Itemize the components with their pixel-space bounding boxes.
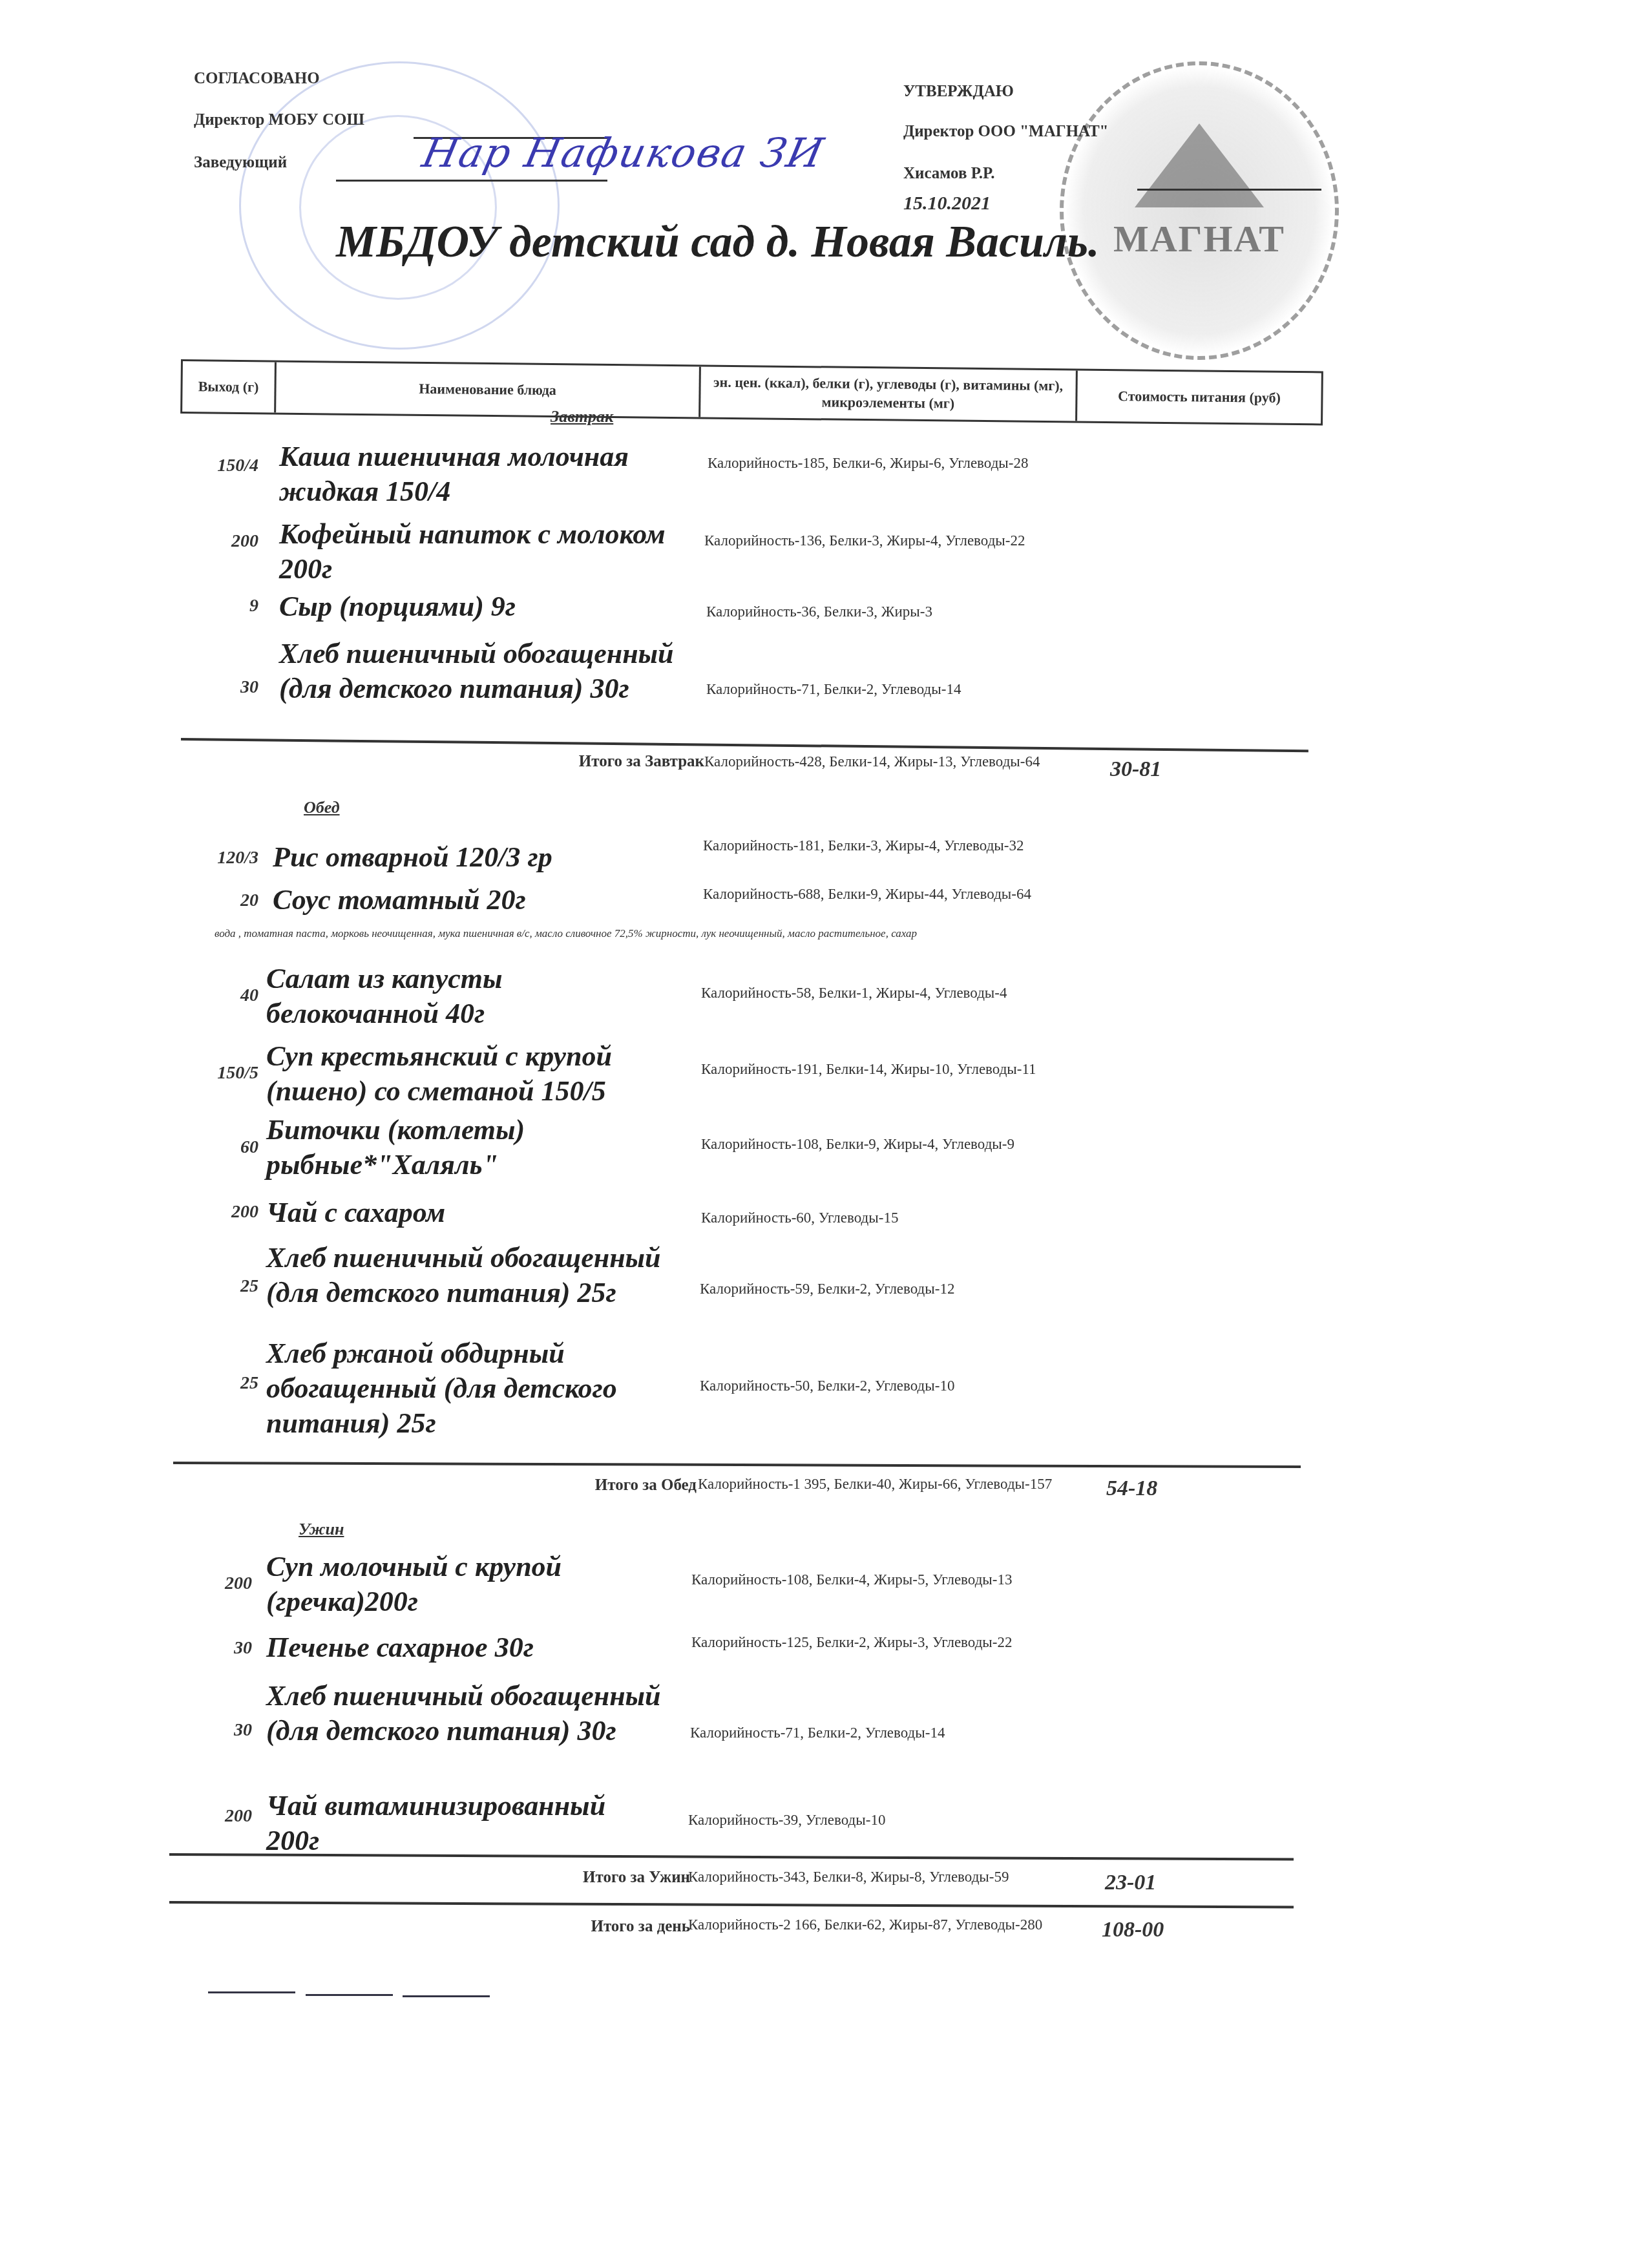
item-name: Хлеб ржаной обдирный обогащенный (для де…: [266, 1336, 667, 1441]
blank-line: [208, 1991, 295, 1993]
total-dinner-label: Итого за Ужин: [432, 1869, 690, 1887]
total-lunch-cost: 54-18: [1106, 1476, 1157, 1501]
item-name: Сыр (порциями) 9г: [279, 589, 693, 624]
blank-line: [403, 1995, 490, 1997]
day-total-nutrition: Калорийность-2 166, Белки-62, Жиры-87, У…: [688, 1914, 1050, 1935]
section-breakfast: Завтрак: [551, 407, 613, 426]
approval-right: УТВЕРЖДАЮ: [903, 83, 1014, 101]
item-nutrition: Калорийность-108, Белки-9, Жиры-4, Углев…: [701, 1133, 1063, 1155]
total-lunch-label: Итого за Обед: [438, 1476, 697, 1495]
day-total-label: Итого за день: [432, 1918, 690, 1936]
item-name: Чай с сахаром: [266, 1195, 680, 1230]
item-yield: 120/3: [194, 848, 258, 868]
item-name: Чай витаминизированный 200г: [266, 1789, 654, 1858]
approval-left: СОГЛАСОВАНО: [194, 70, 320, 88]
item-name: Печенье сахарное 30г: [266, 1630, 680, 1665]
item-yield: 30: [187, 1638, 252, 1659]
item-yield: 150/5: [194, 1063, 258, 1084]
item-yield: 150/4: [194, 456, 258, 476]
day-total-cost: 108-00: [1102, 1918, 1164, 1942]
position-right: Директор ООО "МАГНАТ": [903, 123, 1109, 141]
head-label: Заведующий: [194, 154, 287, 172]
item-yield: 25: [194, 1276, 258, 1297]
item-name: Кофейный напиток с молоком 200г: [279, 517, 693, 587]
page-title: МБДОУ детский сад д. Новая Василь.: [336, 216, 1099, 268]
item-yield: 200: [194, 1202, 258, 1223]
item-yield: 25: [194, 1373, 258, 1394]
item-name: Каша пшеничная молочная жидкая 150/4: [279, 439, 693, 509]
item-yield: 30: [194, 677, 258, 698]
item-nutrition: Калорийность-108, Белки-4, Жиры-5, Углев…: [691, 1569, 1053, 1590]
item-composition: вода , томатная паста, морковь неочищенн…: [215, 924, 964, 943]
item-name: Биточки (котлеты) рыбные*"Халяль": [266, 1113, 680, 1182]
item-nutrition: Калорийность-185, Белки-6, Жиры-6, Углев…: [708, 452, 1069, 474]
signature-line-2: [336, 180, 607, 182]
item-name: Суп крестьянский с крупой (пшено) со сме…: [266, 1039, 680, 1109]
stamp-brand: МАГНАТ: [1064, 217, 1335, 260]
approval-date: 15.10.2021: [903, 193, 991, 215]
divider: [181, 738, 1308, 752]
item-nutrition: Калорийность-58, Белки-1, Жиры-4, Углево…: [701, 982, 1063, 1003]
item-nutrition: Калорийность-688, Белки-9, Жиры-44, Угле…: [703, 883, 1065, 905]
item-name: Соус томатный 20г: [273, 883, 686, 918]
total-dinner-cost: 23-01: [1105, 1871, 1156, 1895]
item-yield: 200: [187, 1573, 252, 1594]
divider: [173, 1462, 1301, 1468]
approver-name: Хисамов Р.Р.: [903, 165, 994, 183]
item-nutrition: Калорийность-60, Углеводы-15: [701, 1207, 1063, 1228]
col-yield: Выход (г): [182, 361, 277, 413]
item-nutrition: Калорийность-181, Белки-3, Жиры-4, Углев…: [703, 835, 1065, 856]
item-name: Рис отварной 120/3 гр: [273, 840, 686, 875]
item-nutrition: Калорийность-191, Белки-14, Жиры-10, Угл…: [701, 1058, 1063, 1080]
handwritten-signature: Нар Нафикова ЗИ: [418, 129, 828, 176]
item-nutrition: Калорийность-39, Углеводы-10: [688, 1809, 1050, 1831]
mountain-logo-icon: [1135, 123, 1264, 207]
total-breakfast-cost: 30-81: [1110, 757, 1161, 782]
table-header: Выход (г) Наименование блюда эн. цен. (к…: [180, 359, 1323, 426]
section-dinner: Ужин: [299, 1520, 344, 1539]
item-name: Салат из капусты белокочанной 40г: [266, 961, 680, 1031]
item-yield: 40: [194, 985, 258, 1006]
col-nutrition: эн. цен. (ккал), белки (г), углеводы (г)…: [700, 366, 1078, 421]
item-nutrition: Калорийность-136, Белки-3, Жиры-4, Углев…: [704, 530, 1066, 551]
item-name: Хлеб пшеничный обогащенный (для детского…: [279, 636, 680, 706]
total-breakfast-label: Итого за Завтрак: [446, 753, 704, 771]
item-yield: 200: [187, 1806, 252, 1827]
item-yield: 200: [194, 531, 258, 552]
col-dish-name: Наименование блюда: [276, 362, 701, 417]
item-name: Суп молочный с крупой (гречка)200г: [266, 1549, 680, 1619]
item-nutrition: Калорийность-71, Белки-2, Углеводы-14: [706, 678, 1068, 700]
section-lunch-title: Обед: [304, 798, 340, 817]
total-dinner-nutrition: Калорийность-343, Белки-8, Жиры-8, Углев…: [688, 1866, 1050, 1887]
item-name: Хлеб пшеничный обогащенный (для детского…: [266, 1241, 667, 1310]
item-yield: 9: [194, 596, 258, 616]
item-yield: 30: [187, 1720, 252, 1741]
signature-line-3: [1137, 189, 1321, 191]
item-name: Хлеб пшеничный обогащенный (для детского…: [266, 1679, 667, 1748]
company-stamp: МАГНАТ: [1060, 61, 1339, 360]
item-nutrition: Калорийность-59, Белки-2, Углеводы-12: [700, 1278, 1062, 1299]
item-yield: 20: [194, 890, 258, 911]
total-lunch-nutrition: Калорийность-1 395, Белки-40, Жиры-66, У…: [698, 1473, 1060, 1495]
school-stamp: [239, 61, 560, 350]
divider: [169, 1901, 1294, 1909]
col-cost: Стоимость питания (руб): [1077, 371, 1321, 424]
item-yield: 60: [194, 1137, 258, 1158]
item-nutrition: Калорийность-71, Белки-2, Углеводы-14: [690, 1722, 1052, 1743]
position-left: Директор МОБУ СОШ: [194, 111, 364, 129]
blank-line: [306, 1994, 393, 1996]
item-nutrition: Калорийность-125, Белки-2, Жиры-3, Углев…: [691, 1632, 1053, 1653]
item-nutrition: Калорийность-36, Белки-3, Жиры-3: [706, 601, 1068, 622]
total-breakfast-nutrition: Калорийность-428, Белки-14, Жиры-13, Угл…: [704, 751, 1066, 772]
item-nutrition: Калорийность-50, Белки-2, Углеводы-10: [700, 1375, 1062, 1396]
